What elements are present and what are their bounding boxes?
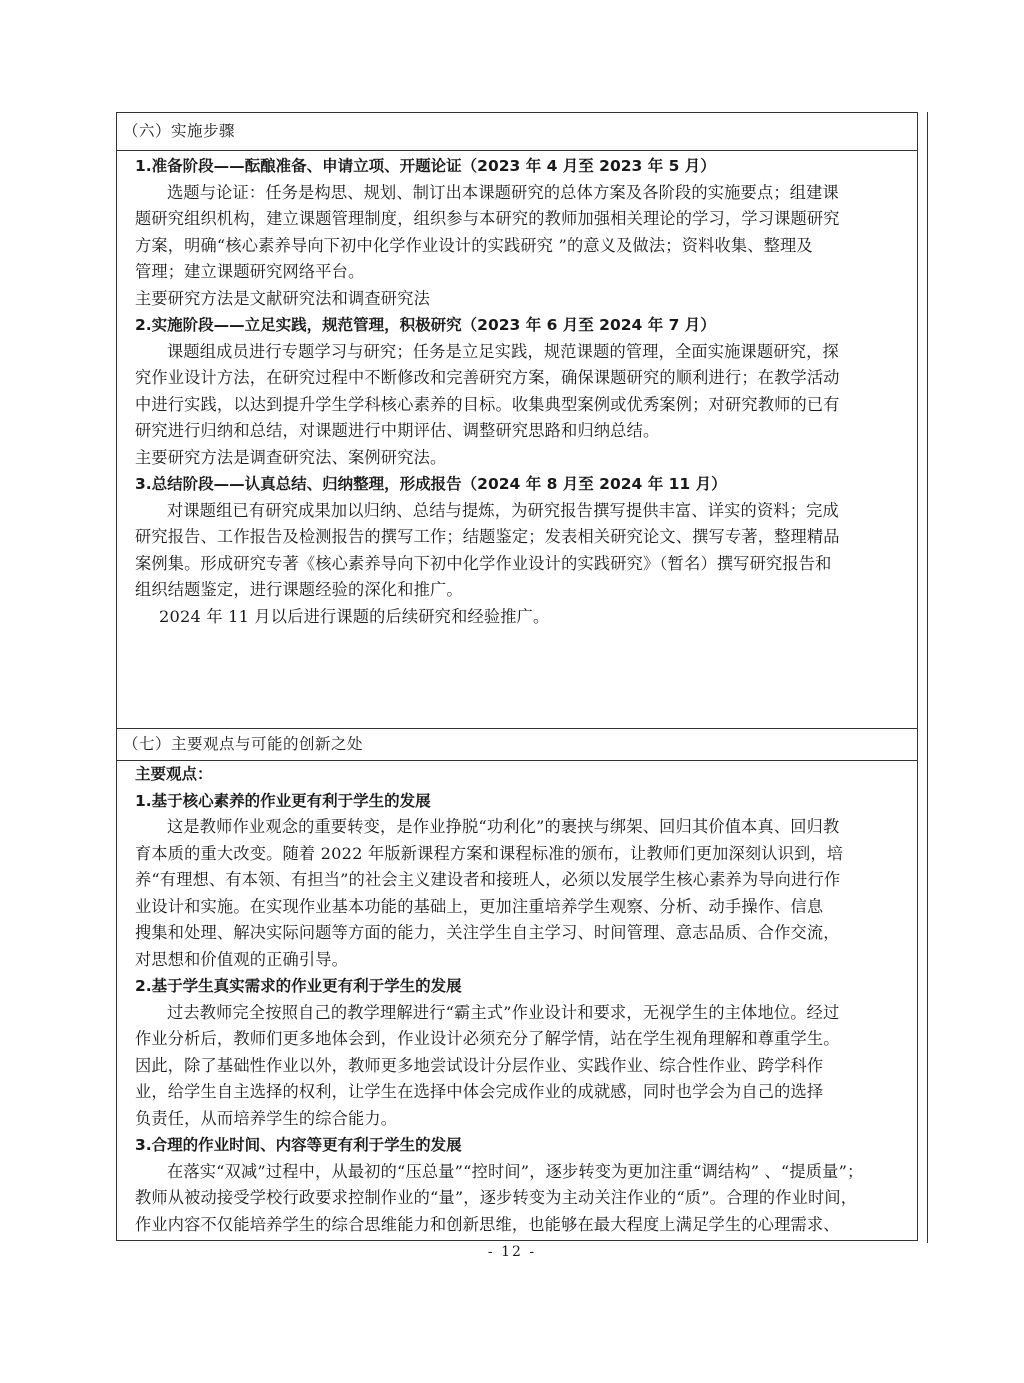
- point2-line: 业，给学生自主选择的权利，让学生在选择中体会完成作业的成就感，同时也学会为自己的…: [135, 1079, 917, 1106]
- stage3-line: 对课题组已有研究成果加以归纳、总结与提炼，为研究报告撰写提供丰富、详实的资料；完…: [135, 498, 917, 525]
- point1-line: 养“有理想、有本领、有担当”的社会主义建设者和接班人，必须以发展学生核心素养为导…: [135, 867, 917, 894]
- point3-line: 作业内容不仅能培养学生的综合思维能力和创新思维，也能够在最大程度上满足学生的心理…: [135, 1212, 917, 1239]
- point3-line: 在落实“双减”过程中，从最初的“压总量”“控时间”，逐步转变为更加注重“调结构”…: [135, 1159, 917, 1186]
- stage1-line: 方案，明确“核心素养导向下初中化学作业设计的实践研究 ”的意义及做法；资料收集、…: [135, 233, 917, 260]
- stage3-line: 研究报告、工作报告及检测报告的撰写工作；结题鉴定；发表相关研究论文、撰写专著，整…: [135, 524, 917, 551]
- document-page: （六）实施步骤 1.准备阶段——酝酿准备、申请立项、开题论证（2023 年 4 …: [0, 0, 1024, 1383]
- page-number: - 12 -: [0, 1244, 1024, 1260]
- stage2-line: 研究进行归纳和总结，对课题进行中期评估、调整研究思路和归纳总结。: [135, 418, 917, 445]
- section6-heading: （六）实施步骤: [117, 113, 917, 149]
- point2-line: 因此，除了基础性作业以外，教师更多地尝试设计分层作业、实践作业、综合性作业、跨学…: [135, 1053, 917, 1080]
- point1-line: 业设计和实施。在实现作业基本功能的基础上，更加注重培养学生观察、分析、动手操作、…: [135, 894, 917, 921]
- point1-line: 这是教师作业观念的重要转变，是作业挣脱“功利化”的裹挟与绑架、回归其价值本真、回…: [135, 814, 917, 841]
- point1-line: 对思想和价值观的正确引导。: [135, 947, 917, 974]
- point1-title: 1.基于核心素养的作业更有利于学生的发展: [135, 788, 917, 815]
- stage1-title: 1.准备阶段——酝酿准备、申请立项、开题论证（2023 年 4 月至 2023 …: [135, 153, 917, 180]
- form-table: （六）实施步骤 1.准备阶段——酝酿准备、申请立项、开题论证（2023 年 4 …: [116, 112, 918, 1241]
- point3-title: 3.合理的作业时间、内容等更有利于学生的发展: [135, 1132, 917, 1159]
- section6-content-row: 1.准备阶段——酝酿准备、申请立项、开题论证（2023 年 4 月至 2023 …: [117, 151, 917, 729]
- stage1-line: 选题与论证：任务是构思、规划、制订出本课题研究的总体方案及各阶段的实施要点；组建…: [135, 180, 917, 207]
- section7-content-row: 主要观点： 1.基于核心素养的作业更有利于学生的发展 这是教师作业观念的重要转变…: [117, 761, 917, 1241]
- stage1-line: 管理；建立课题研究网络平台。: [135, 259, 917, 286]
- point2-line: 作业分析后，教师们更多地体会到，作业设计必须充分了解学情，站在学生视角理解和尊重…: [135, 1026, 917, 1053]
- section6-heading-row: （六）实施步骤: [117, 113, 917, 151]
- point2-title: 2.基于学生真实需求的作业更有利于学生的发展: [135, 973, 917, 1000]
- stage2-line: 课题组成员进行专题学习与研究；任务是立足实践，规范课题的管理，全面实施课题研究，…: [135, 339, 917, 366]
- stage3-followup: 2024 年 11 月以后进行课题的后续研究和经验推广。: [135, 604, 917, 631]
- stage1-line: 题研究组织机构，建立课题管理制度，组织参与本研究的教师加强相关理论的学习，学习课…: [135, 206, 917, 233]
- section7-heading-row: （七）主要观点与可能的创新之处: [117, 729, 917, 761]
- stage2-method: 主要研究方法是调查研究法、案例研究法。: [135, 445, 917, 472]
- point2-line: 负责任，从而培养学生的综合能力。: [135, 1106, 917, 1133]
- point1-line: 育本质的重大改变。随着 2022 年版新课程方案和课程标准的颁布，让教师们更加深…: [135, 841, 917, 868]
- stage3-line: 案例集。形成研究专著《核心素养导向下初中化学作业设计的实践研究》（暂名）撰写研究…: [135, 551, 917, 578]
- point3-line: 教师从被动接受学校行政要求控制作业的“量”，逐步转变为主动关注作业的“质”。合理…: [135, 1185, 917, 1212]
- stage2-line: 究作业设计方法，在研究过程中不断修改和完善研究方案，确保课题研究的顺利进行；在教…: [135, 365, 917, 392]
- section7-subheading: 主要观点：: [135, 761, 917, 788]
- point2-line: 过去教师完全按照自己的教学理解进行“霸主式”作业设计和要求，无视学生的主体地位。…: [135, 1000, 917, 1027]
- stage2-title: 2.实施阶段——立足实践，规范管理，积极研究（2023 年 6 月至 2024 …: [135, 312, 917, 339]
- point1-line: 搜集和处理、解决实际问题等方面的能力，关注学生自主学习、时间管理、意志品质、合作…: [135, 920, 917, 947]
- stage3-title: 3.总结阶段——认真总结、归纳整理，形成报告（2024 年 8 月至 2024 …: [135, 471, 917, 498]
- stage1-method: 主要研究方法是文献研究法和调查研究法: [135, 286, 917, 313]
- outer-frame-line: [927, 112, 928, 1243]
- stage2-line: 中进行实践，以达到提升学生学科核心素养的目标。收集典型案例或优秀案例；对研究教师…: [135, 392, 917, 419]
- section7-heading: （七）主要观点与可能的创新之处: [117, 729, 917, 759]
- stage3-line: 组织结题鉴定，进行课题经验的深化和推广。: [135, 577, 917, 604]
